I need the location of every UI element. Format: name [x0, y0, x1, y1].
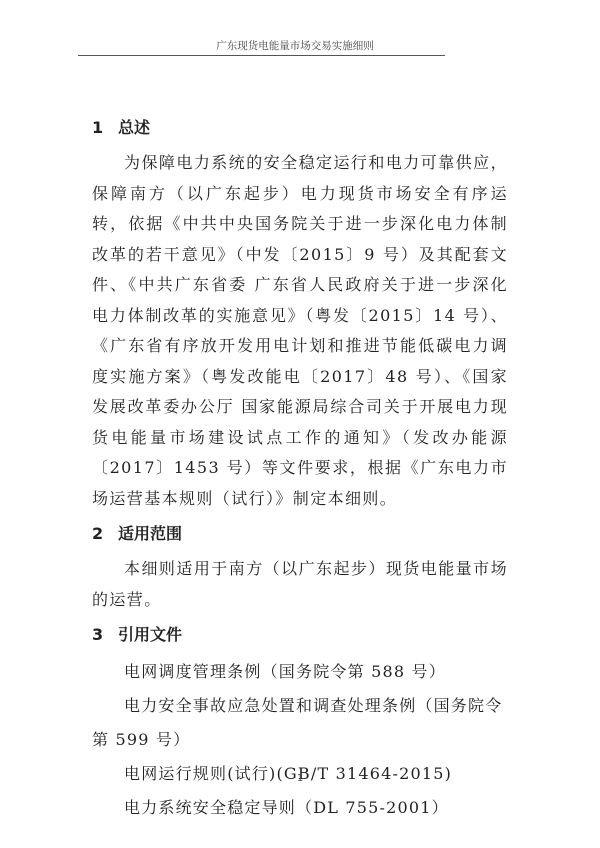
reference-item: 电力系统安全稳定导则（DL 755-2001）: [92, 791, 508, 825]
page-number: 1: [0, 773, 600, 784]
header-divider: [78, 55, 445, 56]
section-title: 引用文件: [118, 625, 182, 644]
section-number: 3: [92, 615, 118, 655]
document-body: 1总述 为保障电力系统的安全稳定运行和电力可靠供应，保障南方（以广东起步）电力现…: [92, 108, 508, 825]
running-header: 广东现货电能量市场交易实施细则: [78, 38, 512, 53]
section-title: 总述: [118, 118, 150, 137]
paragraph-overview: 为保障电力系统的安全稳定运行和电力可靠供应，保障南方（以广东起步）电力现货市场安…: [92, 148, 508, 514]
section-heading-1: 1总述: [92, 108, 508, 148]
section-number: 1: [92, 108, 118, 148]
section-heading-3: 3引用文件: [92, 615, 508, 655]
paragraph-scope: 本细则适用于南方（以广东起步）现货电能量市场的运营。: [92, 554, 508, 615]
section-heading-2: 2适用范围: [92, 514, 508, 554]
reference-item: 电网调度管理条例（国务院令第 588 号）: [92, 655, 508, 689]
reference-item: 电力安全事故应急处置和调查处理条例（国务院令第 599 号）: [92, 689, 508, 757]
section-title: 适用范围: [118, 524, 182, 543]
section-number: 2: [92, 514, 118, 554]
